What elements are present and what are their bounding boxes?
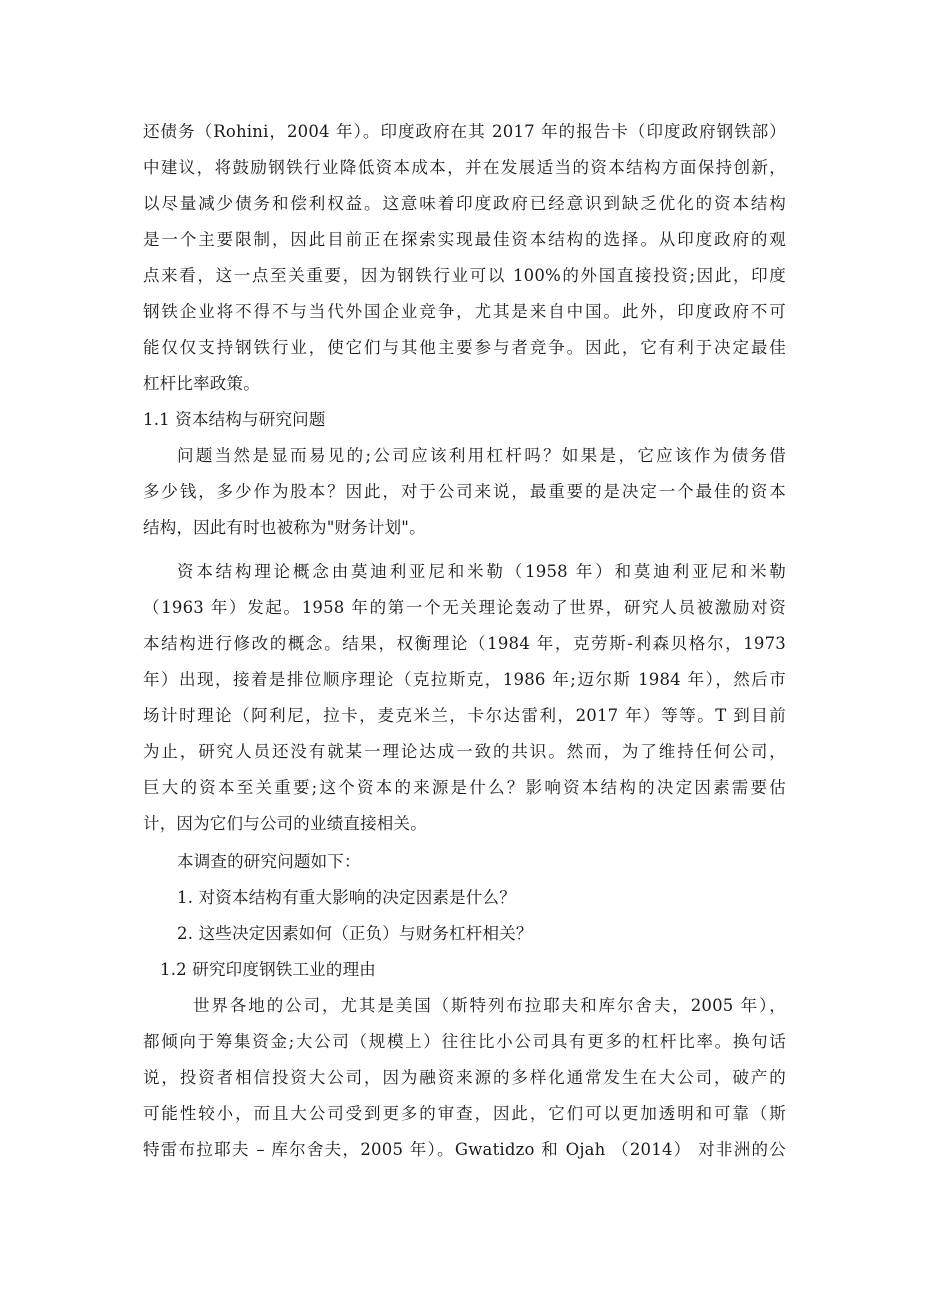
research-question-2: 2. 这些决定因素如何（正负）与财务杠杆相关？ [177,924,786,944]
section-heading-1-2: 1.2 研究印度钢铁工业的理由 [160,960,786,980]
paragraph-line: 说，投资者相信投资大公司，因为融资来源的多样化通常发生在大公司，破产的 [143,1068,786,1088]
research-question-1: 1. 对资本结构有重大影响的决定因素是什么？ [177,888,786,908]
paragraph-line: 是一个主要限制，因此目前正在探索实现最佳资本结构的选择。从印度政府的观 [143,230,786,250]
paragraph-line: 杠杆比率政策。 [143,374,786,394]
paragraph-line: 点来看，这一点至关重要，因为钢铁行业可以 100%的外国直接投资;因此，印度 [143,266,786,286]
paragraph-line: 资本结构理论概念由莫迪利亚尼和米勒（1958 年）和莫迪利亚尼和米勒 [177,562,786,582]
paragraph-line: 本结构进行修改的概念。结果，权衡理论（1984 年，克劳斯-利森贝格尔，1973 [143,634,786,654]
paragraph-line: 中建议，将鼓励钢铁行业降低资本成本，并在发展适当的资本结构方面保持创新， [143,158,786,178]
paragraph-line: 钢铁企业将不得不与当代外国企业竞争，尤其是来自中国。此外，印度政府不可 [143,302,786,322]
paragraph-line: （1963 年）发起。1958 年的第一个无关理论轰动了世界，研究人员被激励对资 [143,598,786,618]
document-page: 还债务（Rohini，2004 年）。印度政府在其 2017 年的报告卡（印度政… [0,0,926,1309]
paragraph-line: 年）出现，接着是排位顺序理论（克拉斯克，1986 年;迈尔斯 1984 年），然… [143,670,786,690]
paragraph-line: 特雷布拉耶夫 – 库尔舍夫，2005 年）。Gwatidzo 和 Ojah （2… [143,1140,786,1160]
paragraph-line: 巨大的资本至关重要;这个资本的来源是什么？影响资本结构的决定因素需要估 [143,778,786,798]
paragraph-line: 场计时理论（阿利尼，拉卡，麦克米兰，卡尔达雷利，2017 年）等等。T 到目前 [143,706,786,726]
paragraph-line: 多少钱，多少作为股本？因此，对于公司来说，最重要的是决定一个最佳的资本 [143,482,786,502]
paragraph-line: 计，因为它们与公司的业绩直接相关。 [143,814,786,834]
paragraph-line: 本调查的研究问题如下： [177,852,786,872]
paragraph-line: 能仅仅支持钢铁行业，使它们与其他主要参与者竞争。因此，它有利于决定最佳 [143,338,786,358]
paragraph-line: 以尽量减少债务和偿利权益。这意味着印度政府已经意识到缺乏优化的资本结构 [143,194,786,214]
paragraph-line: 可能性较小，而且大公司受到更多的审查，因此，它们可以更加透明和可靠（斯 [143,1104,786,1124]
section-heading-1-1: 1.1 资本结构与研究问题 [143,410,786,430]
paragraph-line: 为止，研究人员还没有就某一理论达成一致的共识。然而，为了维持任何公司， [143,742,786,762]
paragraph-line: 世界各地的公司，尤其是美国（斯特列布拉耶夫和库尔舍夫，2005 年）， [193,996,786,1016]
paragraph-line: 结构，因此有时也被称为"财务计划"。 [143,518,786,538]
paragraph-line: 还债务（Rohini，2004 年）。印度政府在其 2017 年的报告卡（印度政… [143,122,786,142]
paragraph-line: 都倾向于筹集资金;大公司（规模上）往往比小公司具有更多的杠杆比率。换句话 [143,1032,786,1052]
paragraph-line: 问题当然是显而易见的;公司应该利用杠杆吗？如果是，它应该作为债务借 [177,446,786,466]
